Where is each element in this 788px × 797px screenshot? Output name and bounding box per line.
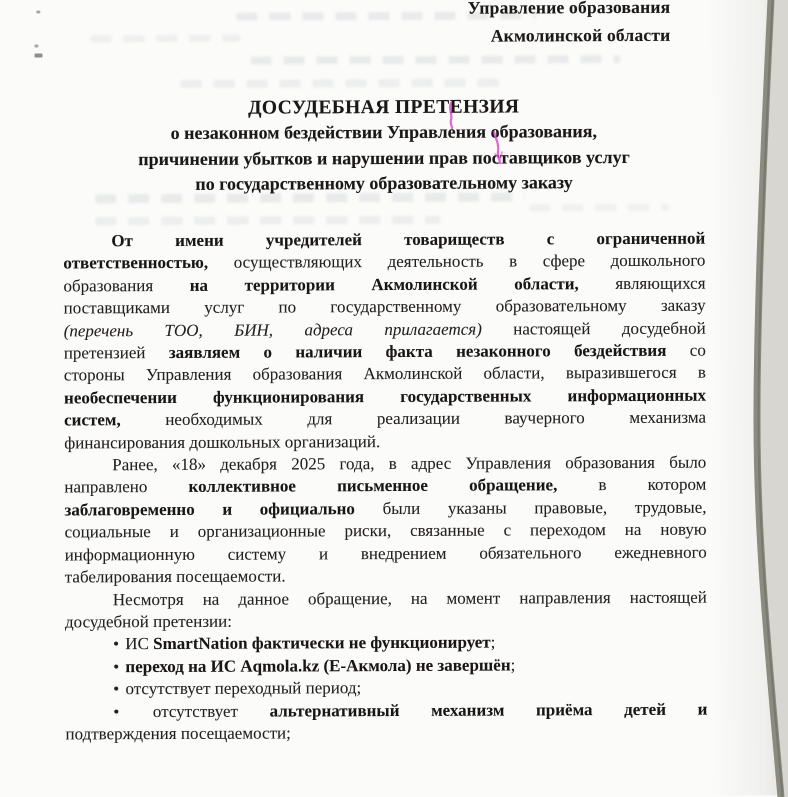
text-line: (перечень ТОО, БИН, адреса прилагается) … (64, 317, 706, 342)
bleed-through-ghost (529, 204, 669, 212)
bleed-through-ghost (95, 216, 440, 226)
text-run: информационную систему и внедрением обяз… (65, 542, 707, 564)
bullet-line: • переход на ИС Aqmola.kz (Е-Акмола) не … (65, 653, 707, 678)
text-run: стороны Управления образования Акмолинск… (64, 363, 706, 385)
document-photo: Управление образования Акмолинской облас… (0, 0, 788, 797)
text-run: переход на ИС Aqmola.kz (Е-Акмола) не за… (125, 655, 510, 676)
text-line: образования на территории Акмолинской об… (63, 272, 705, 297)
document-subtitle-line: причинении убытков и нарушении прав пост… (62, 144, 706, 172)
text-run: социальные и организационные риски, связ… (65, 520, 707, 542)
letterhead-line-1: Управление образования (396, 0, 670, 22)
paper-edge-shading (708, 0, 777, 796)
text-line: Несмотря на данное обращение, на момент … (65, 586, 707, 611)
text-run: ответственностью, (63, 253, 208, 273)
document-subtitle-line: по государственному образовательному зак… (62, 170, 706, 198)
text-run: заявляем о наличии факта незаконного без… (169, 341, 667, 362)
bullet-glyph: • (113, 657, 125, 676)
letterhead-recipient: Управление образования Акмолинской облас… (396, 0, 670, 50)
text-run: являющихся (579, 273, 706, 293)
text-line: социальные и организационные риски, связ… (65, 519, 707, 544)
text-line: стороны Управления образования Акмолинск… (64, 362, 706, 387)
text-line: информационную систему и внедрением обяз… (65, 541, 707, 566)
text-run: табелирования посещаемости. (65, 567, 286, 587)
document-title: ДОСУДЕБНАЯ ПРЕТЕНЗИЯ (62, 94, 706, 122)
text-line: От имени учредителей товариществ с огран… (63, 228, 705, 253)
bullet-line: • отсутствует переходный период; (65, 676, 707, 701)
text-line: табелирования посещаемости. (65, 564, 707, 589)
text-line: необеспечении функционирования государст… (64, 384, 706, 409)
text-run: систем, (64, 410, 121, 429)
text-line: досудебной претензии: (65, 609, 707, 634)
text-run: необходимых для реализации ваучерного ме… (121, 408, 706, 430)
text-line: Ранее, «18» декабря 2025 года, в адрес У… (64, 452, 706, 477)
text-run: подтверждения посещаемости; (65, 723, 290, 743)
text-run: От имени учредителей товариществ с огран… (111, 229, 705, 251)
text-run: осуществляющих деятельность в сфере дошк… (208, 251, 705, 272)
text-line: систем, необходимых для реализации вауче… (64, 407, 706, 432)
text-run: SmartNation фактически не функционирует (153, 633, 491, 653)
text-run: (перечень ТОО, БИН, адреса прилагается) (64, 319, 482, 340)
bleed-through-ghost (90, 35, 240, 43)
text-run: досудебной претензии: (65, 612, 232, 632)
text-line: ответственностью, осуществляющих деятель… (63, 250, 705, 275)
text-run: ; (491, 633, 496, 652)
text-run: со (666, 341, 705, 360)
title-block: ДОСУДЕБНАЯ ПРЕТЕНЗИЯ о незаконном бездей… (62, 94, 706, 198)
bullet-glyph: • (113, 634, 125, 653)
bullet-line: • отсутствует альтернативный механизм пр… (65, 698, 707, 723)
text-line: претензией заявляем о наличии факта неза… (64, 340, 706, 365)
bleed-through-ghost (251, 55, 621, 65)
text-run: ИС (125, 634, 153, 653)
paper-page: Управление образования Акмолинской облас… (0, 0, 788, 797)
text-run: отсутствует (153, 701, 270, 721)
bullet-glyph: • (113, 679, 125, 698)
letterhead-line-2: Акмолинской области (396, 21, 670, 50)
text-run: образования (63, 276, 189, 296)
text-run: поставщиками услуг по государственному о… (64, 296, 706, 318)
document-subtitle-line: о незаконном бездействии Управления обра… (62, 119, 706, 147)
bleed-through-ghost (181, 78, 511, 87)
bullet-glyph: • (113, 702, 153, 721)
text-run: претензией (64, 343, 169, 362)
text-run: в котором (557, 475, 706, 495)
text-line: поставщиками услуг по государственному о… (64, 295, 706, 320)
text-run: необеспечении функционирования государст… (64, 385, 706, 407)
text-run: Ранее, «18» декабря 2025 года, в адрес У… (112, 453, 706, 475)
text-run: направлено (64, 477, 188, 497)
text-run: настоящей досудебной (482, 318, 706, 338)
paper-speck (34, 45, 38, 48)
text-line: заблаговременно и официально были указан… (64, 497, 706, 522)
bullet-line: • ИС SmartNation фактически не функциони… (65, 631, 707, 656)
text-run: были указаны правовые, трудовые, (355, 498, 707, 519)
text-run: заблаговременно и официально (64, 499, 355, 519)
text-run: Несмотря на данное обращение, на момент … (113, 587, 707, 609)
text-run: финансирования дошкольных организаций. (64, 432, 380, 452)
text-line: финансирования дошкольных организаций. (64, 429, 706, 454)
paper-speck (34, 54, 42, 58)
text-run: отсутствует переходный период; (125, 678, 361, 698)
document-body: От имени учредителей товариществ с огран… (63, 228, 707, 746)
text-run: на территории Акмолинской области, (190, 274, 579, 295)
text-run: коллективное письменное обращение, (188, 476, 557, 497)
text-run: альтернативный механизм приёма детей и (270, 699, 708, 720)
paper-speck (36, 11, 40, 14)
text-line: направлено коллективное письменное обращ… (64, 474, 706, 499)
text-run: ; (511, 655, 516, 674)
text-line: подтверждения посещаемости; (65, 721, 707, 746)
